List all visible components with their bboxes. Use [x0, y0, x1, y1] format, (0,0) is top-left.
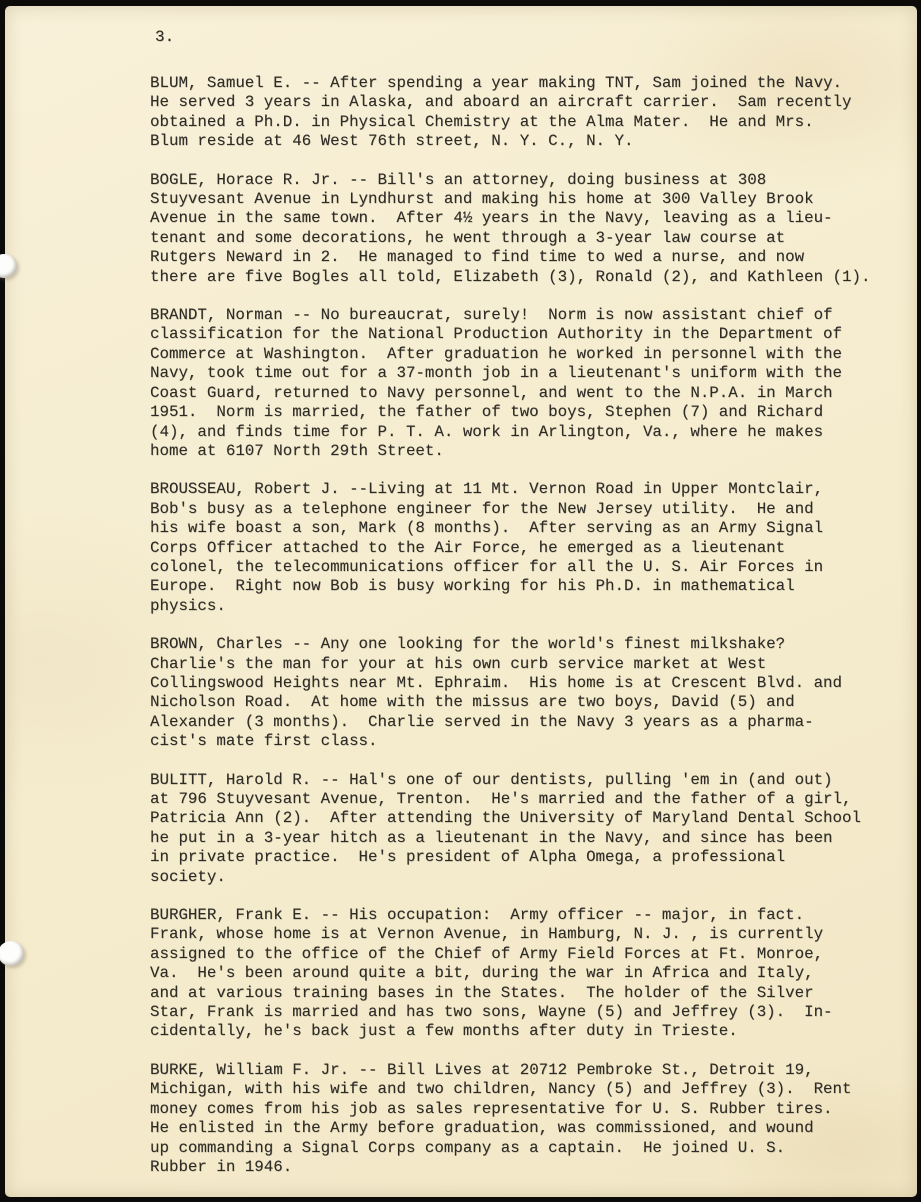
entry-name: BURGHER, Frank E.	[150, 906, 311, 924]
entry-name: BULITT, Harold R.	[150, 771, 311, 789]
entry-brown: BROWN, Charles -- Any one looking for th…	[150, 635, 889, 751]
entry-body: -- His occupation: Army officer -- major…	[150, 906, 833, 1040]
entry-bulitt: BULITT, Harold R. -- Hal's one of our de…	[150, 771, 889, 887]
entry-brousseau: BROUSSEAU, Robert J. --Living at 11 Mt. …	[150, 480, 889, 616]
entry-blum: BLUM, Samuel E. -- After spending a year…	[150, 74, 889, 152]
entry-burke: BURKE, William F. Jr. -- Bill Lives at 2…	[150, 1061, 889, 1177]
entry-bogle: BOGLE, Horace R. Jr. -- Bill's an attorn…	[150, 171, 889, 287]
entry-name: BURKE, William F. Jr.	[150, 1061, 349, 1079]
entry-brandt: BRANDT, Norman -- No bureaucrat, surely!…	[150, 306, 889, 461]
entry-name: BRANDT, Norman	[150, 306, 283, 324]
alumni-entries-list: BLUM, Samuel E. -- After spending a year…	[150, 74, 889, 1196]
entry-name: BROWN, Charles	[150, 635, 283, 653]
entry-body: -- No bureaucrat, surely! Norm is now as…	[150, 306, 842, 460]
entry-name: BROUSSEAU, Robert J.	[150, 480, 340, 498]
entry-name: BOGLE, Horace R. Jr.	[150, 171, 340, 189]
hole-punch-bottom	[0, 941, 24, 966]
page-number: 3.	[155, 28, 174, 47]
document-page: 3. BLUM, Samuel E. -- After spending a y…	[5, 6, 917, 1197]
entry-body: --Living at 11 Mt. Vernon Road in Upper …	[150, 480, 823, 614]
entry-name: BLUM, Samuel E.	[150, 74, 292, 92]
hole-punch-top	[0, 254, 17, 278]
entry-burgher: BURGHER, Frank E. -- His occupation: Arm…	[150, 906, 889, 1042]
scan-border: 3. BLUM, Samuel E. -- After spending a y…	[0, 0, 921, 1202]
